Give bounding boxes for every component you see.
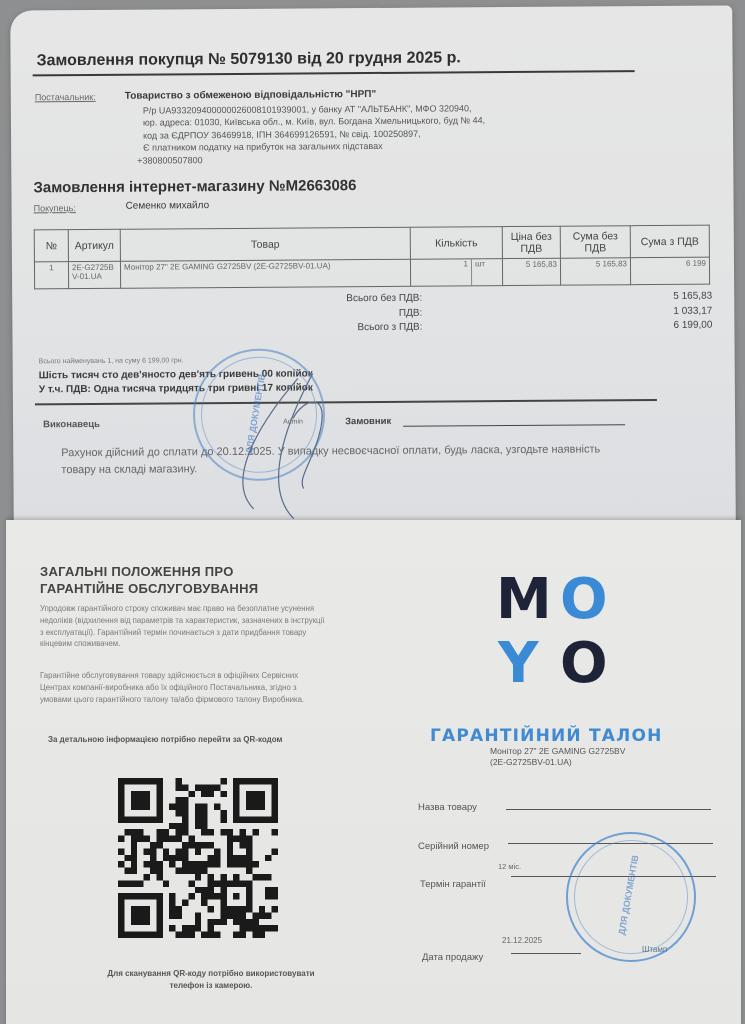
total-label: ПДВ: bbox=[282, 307, 422, 322]
total-with-vat: Всього з ПДВ: 6 199,00 bbox=[282, 320, 712, 338]
total-label: Всього з ПДВ: bbox=[282, 322, 422, 337]
col-header-qty: Кількість bbox=[410, 227, 502, 260]
product-name-value: Монітор 27" 2E GAMING G2725BV (2E-G2725B… bbox=[490, 746, 625, 768]
col-header-sum: Сума без ПДВ bbox=[560, 226, 630, 258]
table-header-row: № Артикул Товар Кількість Ціна без ПДВ С… bbox=[34, 225, 709, 262]
sale-date-value: 21.12.2025 bbox=[502, 936, 542, 945]
title-line: ГАРАНТІЙНЕ ОБСЛУГОВУВАННЯ bbox=[40, 580, 258, 597]
supplier-phone: +380800507800 bbox=[137, 152, 485, 167]
cell-price: 5 165,83 bbox=[502, 258, 560, 285]
qty-value: 1 bbox=[411, 259, 472, 285]
col-header-price: Ціна без ПДВ bbox=[502, 226, 560, 258]
total-value: 6 199,00 bbox=[422, 320, 712, 337]
invoice-title: Замовлення покупця № 5079130 від 20 груд… bbox=[36, 49, 460, 70]
warranty-page: ЗАГАЛЬНІ ПОЛОЖЕННЯ ПРО ГАРАНТІЙНЕ ОБСЛУГ… bbox=[6, 520, 741, 1024]
company-stamp: ДЛЯ ДОКУМЕНТІВ bbox=[566, 832, 696, 962]
warranty-term-label: Термін гарантії bbox=[420, 879, 486, 890]
warranty-term-value: 12 міс. bbox=[498, 862, 521, 871]
invoice-page: Замовлення покупця № 5079130 від 20 груд… bbox=[10, 5, 736, 530]
supplier-name: Товариство з обмеженою відповідальністю … bbox=[125, 89, 376, 102]
warranty-paragraph: Гарантійне обслуговування товару здійсню… bbox=[40, 670, 330, 705]
warranty-card-title: ГАРАНТІЙНИЙ ТАЛОН bbox=[430, 726, 663, 746]
items-table: № Артикул Товар Кількість Ціна без ПДВ С… bbox=[34, 225, 710, 290]
title-line: ЗАГАЛЬНІ ПОЛОЖЕННЯ ПРО bbox=[40, 563, 258, 580]
supplier-detail-line: юр. адреса: 01030, Київська обл., м. Киї… bbox=[143, 115, 485, 130]
buyer-label: Покупець: bbox=[34, 203, 76, 213]
product-name-line bbox=[506, 809, 711, 810]
stamp-text: ДЛЯ ДОКУМЕНТІВ bbox=[617, 854, 641, 935]
qr-hint: За детальною інформацією потрібно перейт… bbox=[48, 735, 282, 744]
cell-sum: 5 165,83 bbox=[560, 258, 630, 285]
product-name-label: Назва товару bbox=[418, 802, 477, 813]
total-label: Всього без ПДВ: bbox=[282, 293, 422, 308]
cell-no: 1 bbox=[34, 262, 68, 289]
order-title: Замовлення інтернет-магазину №М2663086 bbox=[33, 177, 356, 196]
supplier-label: Постачальник: bbox=[35, 92, 96, 102]
executor-label: Виконавець bbox=[43, 419, 100, 430]
warranty-paragraph: Упродовж гарантійного строку споживач ма… bbox=[40, 603, 330, 650]
product-name-line: Монітор 27" 2E GAMING G2725BV bbox=[490, 746, 625, 757]
col-header-no: № bbox=[34, 230, 68, 262]
qr-code[interactable] bbox=[118, 778, 278, 938]
table-row: 1 2E-G2725BV-01.UA Монітор 27" 2E GAMING… bbox=[34, 257, 709, 289]
supplier-details: Р/р UA933209400000026008101939001, у бан… bbox=[143, 102, 486, 166]
logo-letter: O bbox=[560, 572, 608, 628]
buyer-name: Семенко михайло bbox=[126, 200, 210, 212]
col-header-product: Товар bbox=[120, 227, 410, 261]
customer-signature-line bbox=[403, 424, 625, 427]
col-header-sku: Артикул bbox=[68, 229, 120, 261]
title-divider bbox=[33, 70, 635, 76]
product-name-line: (2E-G2725BV-01.UA) bbox=[490, 757, 625, 768]
serial-number-label: Серійний номер bbox=[418, 841, 489, 852]
qr-caption: Для сканування QR-коду потрібно використ… bbox=[96, 968, 326, 992]
moyo-logo: M O Y O bbox=[496, 572, 616, 702]
warranty-terms-title: ЗАГАЛЬНІ ПОЛОЖЕННЯ ПРО ГАРАНТІЙНЕ ОБСЛУГ… bbox=[40, 563, 258, 597]
sale-date-line bbox=[511, 953, 581, 954]
cell-sku: 2E-G2725BV-01.UA bbox=[68, 261, 120, 288]
cell-qty: 1 шт bbox=[410, 259, 502, 287]
signature-icon bbox=[203, 358, 364, 529]
stamp-footer: Штамп bbox=[642, 945, 667, 954]
logo-letter: M bbox=[496, 572, 552, 628]
logo-letter: Y bbox=[498, 636, 539, 692]
sale-date-label: Дата продажу bbox=[422, 952, 483, 963]
totals: Всього без ПДВ: 5 165,83 ПДВ: 1 033,17 В… bbox=[282, 291, 712, 338]
qty-unit: шт bbox=[472, 259, 502, 285]
logo-letter: O bbox=[560, 636, 608, 692]
col-header-sum-vat: Сума з ПДВ bbox=[630, 225, 709, 258]
cell-sum-vat: 6 199 bbox=[630, 257, 709, 285]
items-count: Всього найменувань 1, на суму 6 199,00 г… bbox=[39, 357, 184, 365]
cell-product: Монітор 27" 2E GAMING G2725BV (2E-G2725B… bbox=[120, 259, 410, 288]
